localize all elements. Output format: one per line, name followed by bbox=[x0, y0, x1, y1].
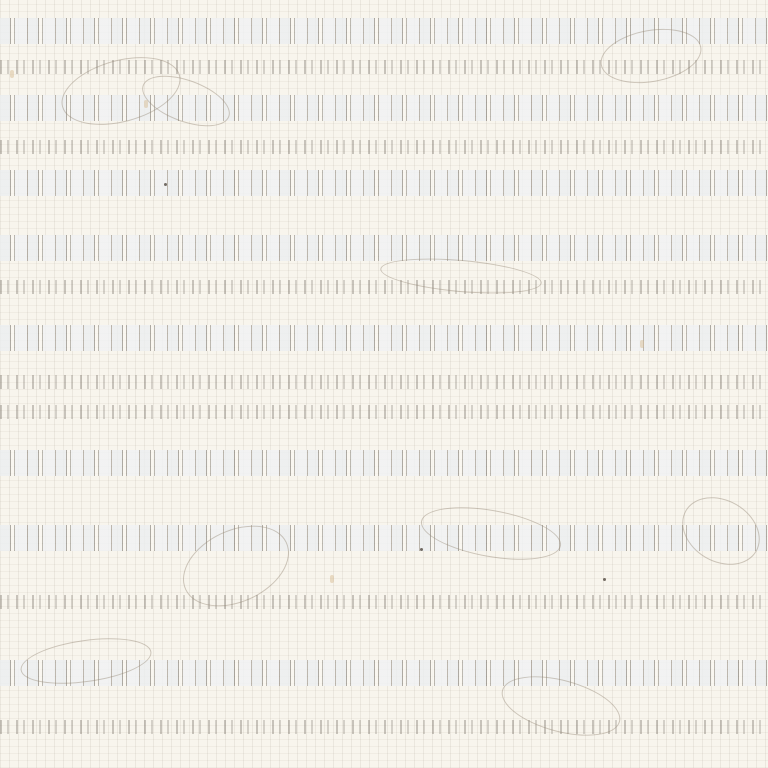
weave-band-thin bbox=[0, 405, 768, 419]
weave-band bbox=[0, 450, 768, 476]
loose-fiber bbox=[670, 484, 768, 579]
dark-speck bbox=[164, 183, 167, 186]
dark-speck bbox=[420, 548, 423, 551]
weave-band-thin bbox=[0, 720, 768, 734]
dark-speck bbox=[603, 578, 606, 581]
weave-band bbox=[0, 170, 768, 196]
loose-fiber bbox=[417, 498, 565, 569]
fiber-slub bbox=[330, 575, 334, 583]
weave-band bbox=[0, 525, 768, 551]
weave-band-thin bbox=[0, 140, 768, 154]
fiber-slub bbox=[144, 100, 148, 108]
weave-band bbox=[0, 235, 768, 261]
weave-band-thin bbox=[0, 280, 768, 294]
woven-fabric-texture bbox=[0, 0, 768, 768]
weave-band-thin bbox=[0, 375, 768, 389]
weave-band-thin bbox=[0, 595, 768, 609]
fiber-slub bbox=[640, 340, 644, 348]
weave-band bbox=[0, 325, 768, 351]
fiber-slub bbox=[10, 70, 14, 78]
